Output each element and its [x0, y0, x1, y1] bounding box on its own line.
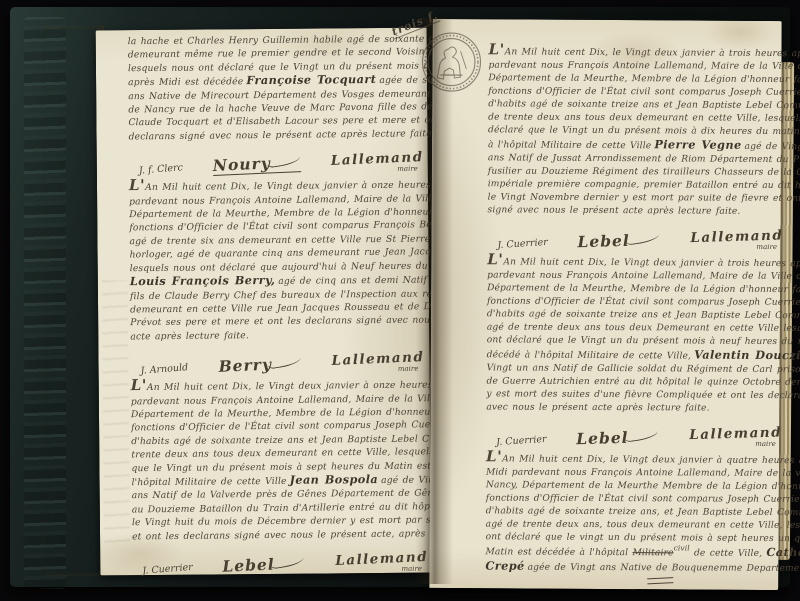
manuscript-line: au Douzieme Bataillon du Train d'Artille… [132, 500, 425, 517]
death-act-vegne: L'An Mil huit cent Dix, le Vingt deux ja… [487, 43, 777, 251]
mayor-signature-name: Lallemand [689, 424, 782, 443]
corrected-line: Matin est décédée à l'hôpital Militairec… [485, 544, 774, 561]
manuscript-line: de trente deux ans tous deux demeurant e… [488, 112, 777, 126]
interline-correction: civil [674, 543, 690, 552]
closing-double-rule-icon [647, 577, 673, 584]
act-lines: la hache et Charles Henry Guillemin habi… [128, 33, 421, 76]
deceased-name: Crepé [485, 559, 524, 573]
mayor-signature-caption: maire [397, 165, 418, 173]
deceased-name: Jean Bospola [290, 472, 379, 487]
photo-background: la hache et Charles Henry Guillemin habi… [0, 0, 800, 601]
act-lines: ans Natif de Jussat Arrondissement de Ri… [488, 152, 777, 219]
witness-signature: J. Cuerrier [497, 237, 548, 251]
signature-row: J. Cuerrier Lebel Lallemand maire [496, 416, 775, 448]
name-line: décédé à l'hôpital Militaire de cette Vi… [487, 347, 776, 364]
witness-signature: J. Arnould [140, 362, 188, 377]
manuscript-line: declarans signé avec nous le présent act… [128, 127, 421, 144]
witness-signature: Lebel [222, 553, 305, 576]
manuscript-line: signé avec nous le présent acte après le… [488, 204, 777, 219]
manuscript-line: de Guerre Autrichien entré au dit hôpita… [486, 376, 775, 390]
line-text: décédé à l'hôpital Militaire de cette Vi… [487, 350, 691, 361]
revenue-stamp-icon [418, 27, 484, 95]
death-act-bospola: L'An Mil huit cent Dix, le Vingt deux ja… [131, 377, 426, 575]
right-page: trois f. L'An Mil huit cent Dix, le Ving… [429, 19, 781, 590]
mayor-signature: Lallemand maire [690, 229, 783, 252]
line-text: après Midi est décédée [128, 76, 243, 88]
deceased-name: Françoise Tocquart [246, 72, 376, 87]
signature-row: J. Cuerrier Lebel Lallemand maire [142, 543, 425, 575]
signature-row: J. Cuerrier Lebel Lallemand maire [497, 219, 776, 251]
manuscript-line: le Vingt Novembre dernier y est mort par… [488, 192, 777, 206]
struck-word: Militaire [632, 548, 673, 558]
death-act-tocquart: la hache et Charles Henry Guillemin habi… [128, 33, 422, 176]
manuscript-line: pardevant nous François Antoine Lalleman… [487, 270, 776, 284]
act-lines: L'An Mil huit cent Dix, le Vingt deux ja… [131, 377, 425, 475]
line-text: de cette Ville, [694, 549, 762, 559]
act-lines: ans Native de Mirecourt Département des … [128, 87, 421, 143]
signature-row: J. Arnould Berry Lallemand maire [140, 343, 423, 375]
manuscript-line: pardevant nous François Antoine Lalleman… [129, 192, 422, 209]
deceased-name: Catherine [766, 545, 800, 559]
name-line: à l'hôpital Militaire de cette VillePier… [488, 137, 777, 154]
deceased-name: Pierre Vegne [654, 137, 741, 152]
ink-bleedthrough [102, 280, 130, 550]
witness-signature: Lebel [576, 427, 659, 448]
death-act-douczika: L'An Mil huit cent Dix, le Vingt deux ja… [486, 253, 776, 448]
death-act-crepe: L'An Mil huit cent Dix, le Vingt deux ja… [485, 450, 775, 586]
left-page: la hache et Charles Henry Guillemin habi… [96, 28, 432, 576]
manuscript-line: pardevant nous François Antoine Lalleman… [131, 392, 424, 409]
witness-signature: J. f. Clerc [138, 162, 183, 176]
manuscript-line: fusilier au Douzieme Régiment des tirail… [488, 166, 777, 180]
name-line: Crepéagée de Vingt ans Native de Bouquen… [485, 560, 774, 576]
manuscript-line: fonctions d'Officier de l'État civil son… [488, 86, 777, 100]
manuscript-line: et ont les declarans signé avec nous le … [132, 527, 425, 544]
mayor-signature: Lallemand maire [689, 426, 782, 449]
act-lines: L'An Mil huit cent Dix, le Vingt deux ja… [129, 177, 423, 275]
manuscript-line: L'An Mil huit cent Dix, le Vingt deux ja… [486, 450, 775, 468]
act-lines: L'An Mil huit cent Dix, le Vingt deux ja… [487, 253, 777, 349]
deceased-name: Valentin Douczika, [694, 348, 800, 363]
line-text: l'hôpital Militaire de cette Ville [132, 476, 287, 488]
witness-signature: J. Cuerrier [496, 434, 547, 448]
act-lines: L'An Mil huit cent Dix, le Vingt deux ja… [486, 450, 776, 546]
witness-signature: Lebel [578, 230, 661, 251]
manuscript-line: avec nous le présent acte après lecture … [486, 402, 775, 416]
manuscript-line: fonctions d'Officier de l'État civil son… [487, 296, 776, 310]
deceased-name: Louis François Berry, [130, 273, 276, 288]
witness-signature: J. Cuerrier [142, 562, 193, 577]
mayor-signature: Lallemand maire [331, 351, 424, 374]
death-act-berry: L'An Mil huit cent Dix, le Vingt deux ja… [129, 177, 424, 375]
manuscript-line: Midi pardevant nous François Antoine Lal… [486, 467, 775, 481]
line-text: à l'hôpital Militaire de cette Ville [488, 140, 651, 151]
act-lines: fils de Claude Berry Chef des bureaux de… [130, 287, 423, 343]
line-text: Matin est décédée à l'hôpital [485, 547, 628, 558]
mayor-signature: Lallemand maire [331, 151, 424, 174]
manuscript-line: agé de trente deux ans, tous deux demeur… [486, 519, 775, 533]
act-lines: L'An Mil huit cent Dix, le Vingt deux ja… [488, 43, 778, 139]
manuscript-line: pardevant nous François Antoine Lalleman… [488, 60, 777, 74]
witness-signature: Berry [218, 353, 302, 376]
signature-row: J. f. Clerc Noury Lallemand maire [139, 143, 422, 175]
mayor-signature-name: Lallemand [690, 227, 783, 246]
witness-signature: Noury [213, 152, 302, 176]
act-lines: ans Natif de la Valverde près de Gênes D… [132, 487, 425, 543]
manuscript-line: L'An Mil huit cent Dix, le Vingt deux ja… [487, 253, 776, 271]
mayor-signature: Lallemand maire [335, 551, 428, 574]
line-text: agé de Vingt quatre [745, 142, 800, 153]
manuscript-line: acte après lecture faite. [130, 327, 423, 344]
manuscript-line: fonctions d'Officier de l'État civil son… [486, 493, 775, 507]
manuscript-line: L'An Mil huit cent Dix, le Vingt deux ja… [488, 43, 777, 61]
act-lines: Vingt un ans Natif de Gallicie soldat du… [486, 362, 775, 416]
line-text: agée de Vingt ans Native de Bouquenemme … [528, 563, 800, 574]
manuscript-line: agé de trente deux ans tous deux Demeura… [487, 322, 776, 336]
